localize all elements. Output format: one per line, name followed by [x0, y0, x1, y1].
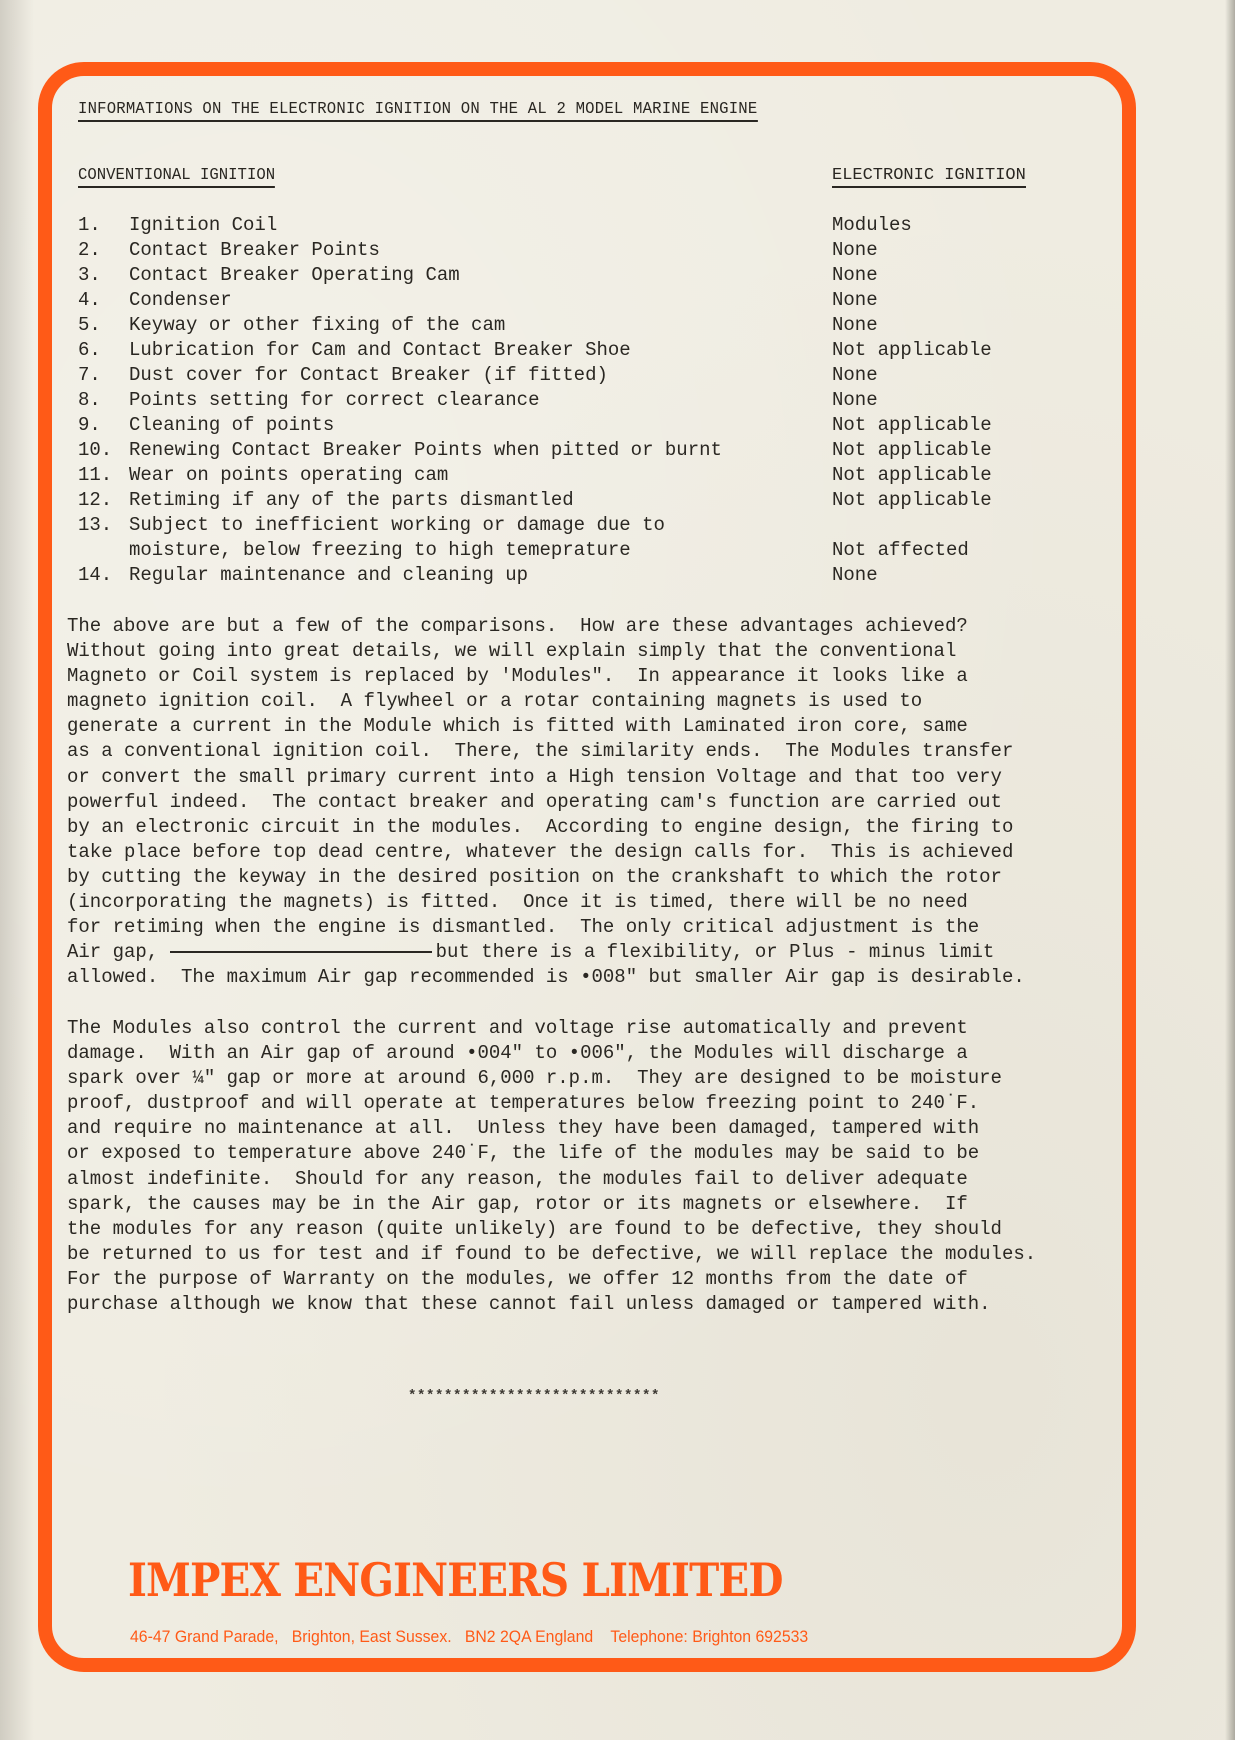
air-gap-line: Air gap, but there is a flexibility, or … — [67, 940, 1025, 965]
item-number: 13. — [78, 513, 122, 538]
text-line: be returned to us for test and if found … — [67, 1242, 1036, 1267]
conventional-item: Ignition Coil — [129, 213, 277, 238]
text-line: damage. With an Air gap of around •004" … — [67, 1041, 1036, 1066]
paragraph-modules-warranty: The Modules also control the current and… — [67, 1016, 1036, 1317]
text-line: take place before top dead centre, whate… — [67, 840, 1025, 865]
item-number: 2. — [78, 238, 122, 263]
text-line: For the purpose of Warranty on the modul… — [67, 1267, 1036, 1292]
comparison-row: moisture, below freezing to high temepra… — [78, 538, 1078, 563]
electronic-item: None — [832, 263, 878, 288]
comparison-row: 14.Regular maintenance and cleaning upNo… — [78, 563, 1078, 588]
text-line: for retiming when the engine is dismantl… — [67, 915, 1025, 940]
comparison-row: 5.Keyway or other fixing of the camNone — [78, 313, 1078, 338]
text-line: by an electronic circuit in the modules.… — [67, 815, 1025, 840]
text-line: proof, dustproof and will operate at tem… — [67, 1091, 1036, 1116]
comparison-row: 9.Cleaning of pointsNot applicable — [78, 413, 1078, 438]
text-line: generate a current in the Module which i… — [67, 714, 1025, 739]
paper-left-edge — [0, 0, 34, 1740]
text-line: Magneto or Coil system is replaced by 'M… — [67, 664, 1025, 689]
electronic-item: Not applicable — [832, 338, 992, 363]
conventional-item: Keyway or other fixing of the cam — [129, 313, 505, 338]
electronic-item: None — [832, 238, 878, 263]
item-number: 3. — [78, 263, 122, 288]
comparison-table: 1.Ignition CoilModules2.Contact Breaker … — [78, 213, 1078, 588]
conventional-item: Cleaning of points — [129, 413, 334, 438]
conventional-item: Wear on points operating cam — [129, 463, 448, 488]
item-number: 7. — [78, 363, 122, 388]
blank-rule — [170, 951, 432, 953]
conventional-ignition-heading: CONVENTIONAL IGNITION — [78, 166, 275, 188]
electronic-item: None — [832, 313, 878, 338]
item-number: 1. — [78, 213, 122, 238]
text-line: (incorporating the magnets) is fitted. O… — [67, 890, 1025, 915]
conventional-item: Retiming if any of the parts dismantled — [129, 488, 574, 513]
comparison-row: 10.Renewing Contact Breaker Points when … — [78, 438, 1078, 463]
text-line: as a conventional ignition coil. There, … — [67, 739, 1025, 764]
conventional-item: Contact Breaker Points — [129, 238, 380, 263]
text-line: spark, the causes may be in the Air gap,… — [67, 1192, 1036, 1217]
text-line: Without going into great details, we wil… — [67, 639, 1025, 664]
text-line: and require no maintenance at all. Unles… — [67, 1116, 1036, 1141]
electronic-item: None — [832, 288, 878, 313]
item-number: 11. — [78, 463, 122, 488]
conventional-item: Renewing Contact Breaker Points when pit… — [129, 438, 722, 463]
electronic-item: Not applicable — [832, 463, 992, 488]
comparison-row: 12.Retiming if any of the parts dismantl… — [78, 488, 1078, 513]
comparison-row: 1.Ignition CoilModules — [78, 213, 1078, 238]
item-number: 10. — [78, 438, 122, 463]
electronic-item: Not applicable — [832, 413, 992, 438]
conventional-item: Condenser — [129, 288, 232, 313]
comparison-row: 3.Contact Breaker Operating CamNone — [78, 263, 1078, 288]
text-line: powerful indeed. The contact breaker and… — [67, 790, 1025, 815]
text-line: allowed. The maximum Air gap recommended… — [67, 965, 1025, 990]
conventional-item: Dust cover for Contact Breaker (if fitte… — [129, 363, 608, 388]
electronic-item: Modules — [832, 213, 912, 238]
item-number: 5. — [78, 313, 122, 338]
text-line: almost indefinite. Should for any reason… — [67, 1167, 1036, 1192]
document-title: INFORMATIONS ON THE ELECTRONIC IGNITION … — [78, 100, 757, 122]
company-name: IMPEX ENGINEERS LIMITED — [128, 1553, 783, 1607]
text-line: The Modules also control the current and… — [67, 1016, 1036, 1041]
item-number: 14. — [78, 563, 122, 588]
conventional-item: Points setting for correct clearance — [129, 388, 539, 413]
text-line: The above are but a few of the compariso… — [67, 614, 1025, 639]
air-gap-label: Air gap, — [67, 941, 170, 963]
electronic-ignition-heading: ELECTRONIC IGNITION — [832, 166, 1026, 188]
comparison-row: 8.Points setting for correct clearanceNo… — [78, 388, 1078, 413]
text-line: by cutting the keyway in the desired pos… — [67, 865, 1025, 890]
text-line: the modules for any reason (quite unlike… — [67, 1217, 1036, 1242]
comparison-row: 11.Wear on points operating camNot appli… — [78, 463, 1078, 488]
electronic-item: None — [832, 388, 878, 413]
conventional-item: moisture, below freezing to high temepra… — [129, 538, 631, 563]
air-gap-continuation: but there is a flexibility, or Plus - mi… — [436, 941, 995, 963]
paragraph-explanation: The above are but a few of the compariso… — [67, 614, 1025, 990]
item-number: 8. — [78, 388, 122, 413]
item-number: 6. — [78, 338, 122, 363]
text-line: magneto ignition coil. A flywheel or a r… — [67, 689, 1025, 714]
text-line: spark over ¼" gap or more at around 6,00… — [67, 1066, 1036, 1091]
electronic-item: Not affected — [832, 538, 969, 563]
item-number: 12. — [78, 488, 122, 513]
paper-right-edge — [1225, 0, 1235, 1740]
electronic-item: Not applicable — [832, 438, 992, 463]
comparison-row: 13.Subject to inefficient working or dam… — [78, 513, 1078, 538]
conventional-item: Contact Breaker Operating Cam — [129, 263, 460, 288]
text-line: purchase although we know that these can… — [67, 1292, 1036, 1317]
text-line: or exposed to temperature above 240˙F, t… — [67, 1141, 1036, 1166]
electronic-item: Not applicable — [832, 488, 992, 513]
item-number: 4. — [78, 288, 122, 313]
comparison-row: 4.CondenserNone — [78, 288, 1078, 313]
comparison-row: 2.Contact Breaker PointsNone — [78, 238, 1078, 263]
conventional-item: Subject to inefficient working or damage… — [129, 513, 665, 538]
text-line: or convert the small primary current int… — [67, 765, 1025, 790]
conventional-item: Lubrication for Cam and Contact Breaker … — [129, 338, 631, 363]
company-address: 46-47 Grand Parade, Brighton, East Susse… — [130, 1627, 808, 1647]
electronic-item: None — [832, 363, 878, 388]
comparison-row: 7.Dust cover for Contact Breaker (if fit… — [78, 363, 1078, 388]
comparison-row: 6.Lubrication for Cam and Contact Breake… — [78, 338, 1078, 363]
item-number: 9. — [78, 413, 122, 438]
electronic-item: None — [832, 563, 878, 588]
conventional-item: Regular maintenance and cleaning up — [129, 563, 528, 588]
asterisk-divider: **************************** — [408, 1388, 660, 1404]
